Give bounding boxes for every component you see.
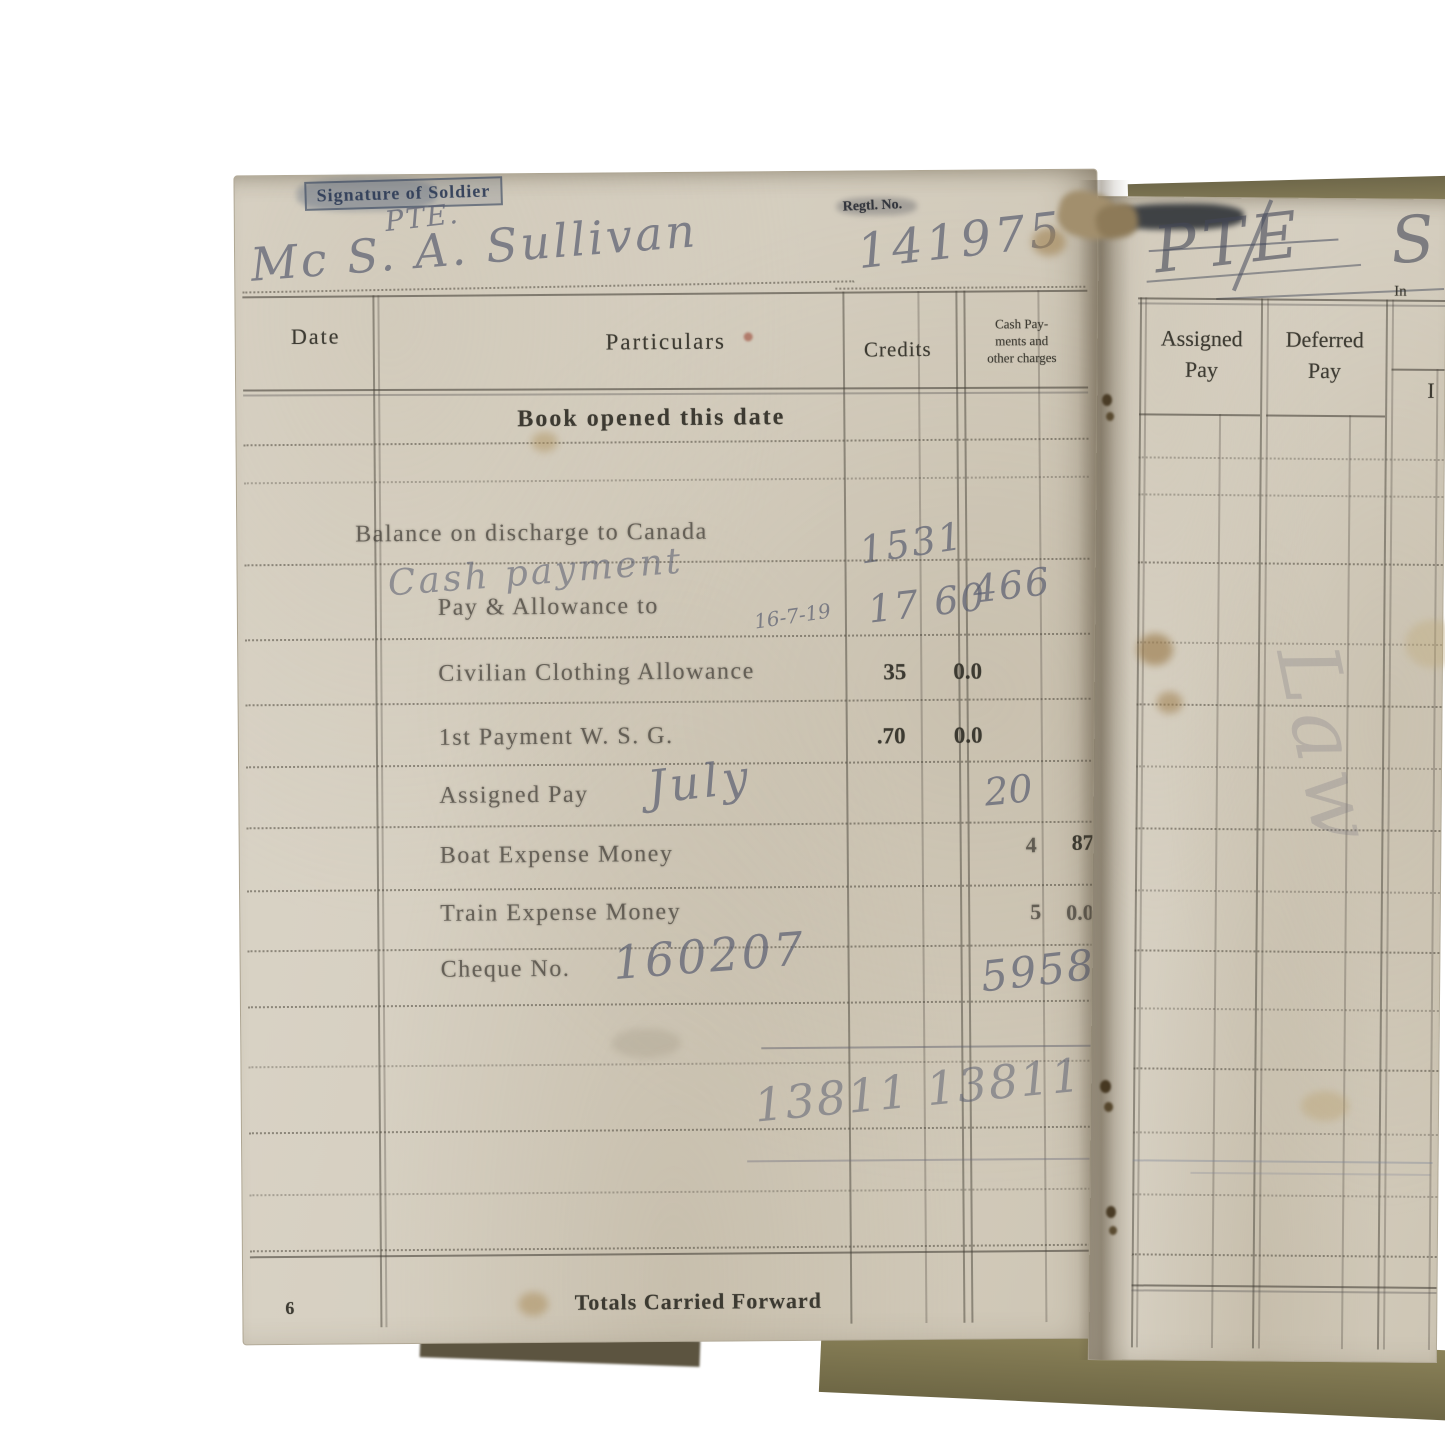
cash-header-line3: other charges (962, 350, 1082, 368)
row-label-pay-allowance: Pay & Allowance to (438, 593, 659, 622)
paper-stain (531, 432, 557, 452)
row-rule (1138, 561, 1443, 566)
credit-hand-pay-allowance: 17 60 (866, 574, 989, 631)
credit-dollars-wsg: .70 (877, 723, 906, 749)
pencil-rule (1133, 1159, 1433, 1164)
row-rule (246, 698, 1091, 707)
column-divider (842, 292, 852, 1324)
cash-dollars-train: 5 (1030, 899, 1041, 925)
header-rule (243, 392, 1088, 397)
deferred-line2: Pay (1267, 355, 1381, 387)
cash-dollars-boat: 4 (1026, 832, 1037, 858)
row-rule (249, 1126, 1094, 1135)
row-rule (1134, 949, 1439, 954)
column-divider (917, 291, 927, 1323)
cents-divider (1341, 415, 1351, 1349)
footer-rule (1131, 1284, 1436, 1289)
stitch-hole (1106, 1206, 1116, 1218)
paper-stain (1301, 1091, 1349, 1121)
row-rule (244, 476, 1089, 485)
paper-stain (1405, 620, 1445, 668)
stitch-hole (1100, 1080, 1111, 1093)
in-label: In (1394, 284, 1407, 301)
left-page: Signature of Soldier PTE. Mc S. A. Sulli… (233, 169, 1106, 1346)
row-rule (1135, 889, 1440, 894)
row-rule (248, 1000, 1093, 1009)
row-rule (1134, 1007, 1439, 1012)
column-header-assigned-pay: Assigned Pay (1144, 323, 1259, 386)
pay-allowance-date-hand: 16-7-19 (753, 598, 833, 633)
column-header-partial: I (1427, 378, 1435, 404)
credit-dollars-civilian: 35 (883, 659, 906, 685)
cash-header-line2: ments and (962, 333, 1082, 351)
deferred-line1: Deferred (1268, 324, 1382, 356)
table-top-rule (1138, 302, 1445, 307)
red-fleck (744, 332, 753, 341)
center-fold-shadow (1078, 180, 1130, 1360)
row-rule (247, 821, 1092, 830)
right-page: PTE S In Assigned Pay Deferred Pay I (1088, 196, 1445, 1363)
header-rule (1139, 413, 1260, 416)
row-rule (1132, 1193, 1437, 1198)
row-rule (1135, 827, 1440, 832)
footer-rule (1131, 1289, 1436, 1294)
scribble-handwriting-2: S (1388, 202, 1438, 279)
rust-stain (1032, 228, 1066, 256)
pencil-rule (1190, 1172, 1430, 1176)
cents-divider (1211, 414, 1221, 1348)
row-rule (1139, 456, 1444, 461)
row-rule (247, 884, 1092, 893)
assigned-line1: Assigned (1145, 323, 1259, 355)
credit-cents-civilian: 0.0 (953, 659, 982, 685)
cash-hand-pay-allowance: 466 (970, 559, 1053, 612)
row-rule (245, 633, 1090, 642)
credit-cents-wsg: 0.0 (954, 723, 983, 749)
header-rule (1266, 414, 1385, 417)
row-rule (1133, 1067, 1438, 1072)
cheque-number-hand: 160207 (611, 921, 808, 990)
pencil-rule (747, 1158, 1092, 1163)
row-rule (244, 438, 1089, 447)
rust-stain (1137, 633, 1173, 665)
pencil-rule (761, 1045, 1091, 1050)
header-rule (243, 387, 1088, 392)
paper-stain (611, 1028, 681, 1059)
book-opened-row: Book opened this date (451, 404, 851, 434)
credit-hand-balance: 1531 (857, 514, 967, 573)
row-label-cheque-no: Cheque No. (441, 956, 571, 984)
row-label-train-expense: Train Expense Money (440, 899, 681, 928)
page-number: 6 (285, 1298, 294, 1319)
cash-header-line1: Cash Pay- (962, 316, 1082, 334)
column-header-date: Date (261, 323, 371, 350)
soldier-signature: Mc S. A. Sullivan (249, 203, 700, 292)
column-divider (1252, 298, 1263, 1348)
assigned-pay-month-hand: July (644, 749, 754, 814)
stitch-hole (1109, 1226, 1117, 1235)
row-rule (1137, 641, 1442, 646)
row-rule (249, 1188, 1094, 1197)
column-divider (1037, 290, 1047, 1322)
cash-hand-assigned-pay: 20 (982, 766, 1034, 814)
stitch-hole (1106, 412, 1114, 421)
cents-divider (1428, 369, 1439, 1350)
paybook-photo: Signature of Soldier PTE. Mc S. A. Sulli… (0, 0, 1445, 1445)
column-header-particulars: Particulars (486, 328, 846, 357)
row-rule (1133, 1131, 1438, 1136)
row-label-wsg: 1st Payment W. S. G. (439, 723, 674, 752)
stitch-hole (1102, 394, 1112, 406)
row-rule (1132, 1253, 1437, 1258)
column-header-deferred-pay: Deferred Pay (1267, 324, 1382, 387)
bleedthrough-handwriting: Law (1257, 636, 1394, 859)
column-divider (963, 291, 973, 1323)
rust-stain (1156, 692, 1182, 714)
row-label-boat-expense: Boat Expense Money (440, 841, 674, 870)
column-divider (1136, 297, 1147, 1347)
row-label-civilian-clothing: Civilian Clothing Allowance (438, 658, 755, 687)
row-label-assigned-pay: Assigned Pay (439, 782, 589, 810)
column-header-cash: Cash Pay- ments and other charges (962, 316, 1082, 368)
row-rule (1138, 493, 1443, 498)
column-header-credits: Credits (844, 337, 952, 363)
paper-stain (518, 1292, 548, 1316)
regtl-no-stamp: Regtl. No. (842, 197, 902, 216)
header-rule (1391, 369, 1444, 371)
stitch-hole (1104, 1102, 1113, 1112)
assigned-line2: Pay (1144, 354, 1258, 386)
